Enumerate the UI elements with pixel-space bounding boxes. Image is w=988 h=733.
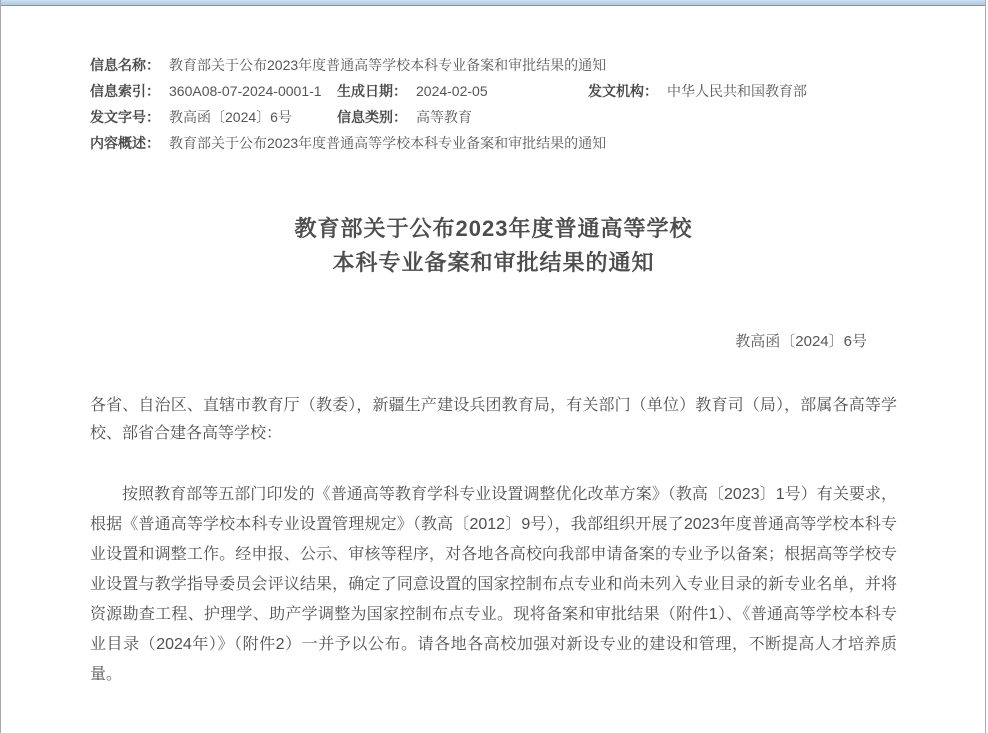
body-paragraph: 按照教育部等五部门印发的《普通高等教育学科专业设置调整优化改革方案》（教高〔20… (90, 480, 897, 690)
meta-label-name: 信息名称： (90, 57, 160, 73)
meta-value-summary: 教育部关于公布2023年度普通高等学校本科专业备案和审批结果的通知 (169, 135, 606, 151)
document-title-line2: 本科专业备案和审批结果的通知 (90, 246, 897, 280)
meta-label-summary: 内容概述： (90, 135, 160, 151)
meta-value-docno: 教高函〔2024〕6号 (169, 109, 292, 125)
document-number: 教高函〔2024〕6号 (1, 332, 985, 352)
meta-label-date: 生成日期： (337, 83, 407, 99)
meta-value-agency: 中华人民共和国教育部 (667, 83, 807, 99)
meta-field-category: 信息类别：高等教育 (337, 104, 897, 130)
meta-label-index: 信息索引： (90, 83, 160, 99)
meta-field-agency: 发文机构：中华人民共和国教育部 (588, 78, 897, 104)
meta-label-docno: 发文字号： (90, 109, 160, 125)
document-meta-table: 信息名称：教育部关于公布2023年度普通高等学校本科专业备案和审批结果的通知 信… (1, 6, 985, 156)
meta-field-docno: 发文字号：教高函〔2024〕6号 (90, 104, 337, 130)
document-page: 信息名称：教育部关于公布2023年度普通高等学校本科专业备案和审批结果的通知 信… (0, 0, 986, 733)
meta-row-summary: 内容概述：教育部关于公布2023年度普通高等学校本科专业备案和审批结果的通知 (90, 130, 897, 156)
meta-row-name: 信息名称：教育部关于公布2023年度普通高等学校本科专业备案和审批结果的通知 (90, 52, 897, 78)
meta-value-index: 360A08-07-2024-0001-1 (169, 83, 322, 99)
document-body: 各省、自治区、直辖市教育厅（教委），新疆生产建设兵团教育局，有关部门（单位）教育… (1, 392, 985, 730)
meta-label-category: 信息类别： (337, 109, 407, 125)
meta-label-agency: 发文机构： (588, 83, 658, 99)
document-title: 教育部关于公布2023年度普通高等学校 本科专业备案和审批结果的通知 (90, 212, 897, 280)
document-title-line1: 教育部关于公布2023年度普通高等学校 (90, 212, 897, 246)
meta-field-index: 信息索引：360A08-07-2024-0001-1 (90, 78, 337, 104)
meta-value-category: 高等教育 (416, 109, 472, 125)
meta-field-date: 生成日期：2024-02-05 (337, 78, 588, 104)
meta-field-summary: 内容概述：教育部关于公布2023年度普通高等学校本科专业备案和审批结果的通知 (90, 130, 897, 156)
meta-row-docno-category: 发文字号：教高函〔2024〕6号 信息类别：高等教育 (90, 104, 897, 130)
meta-value-date: 2024-02-05 (416, 83, 488, 99)
meta-field-name: 信息名称：教育部关于公布2023年度普通高等学校本科专业备案和审批结果的通知 (90, 52, 897, 78)
meta-row-index-date-agency: 信息索引：360A08-07-2024-0001-1 生成日期：2024-02-… (90, 78, 897, 104)
meta-value-name: 教育部关于公布2023年度普通高等学校本科专业备案和审批结果的通知 (169, 57, 606, 73)
salutation-paragraph: 各省、自治区、直辖市教育厅（教委），新疆生产建设兵团教育局，有关部门（单位）教育… (90, 392, 897, 448)
